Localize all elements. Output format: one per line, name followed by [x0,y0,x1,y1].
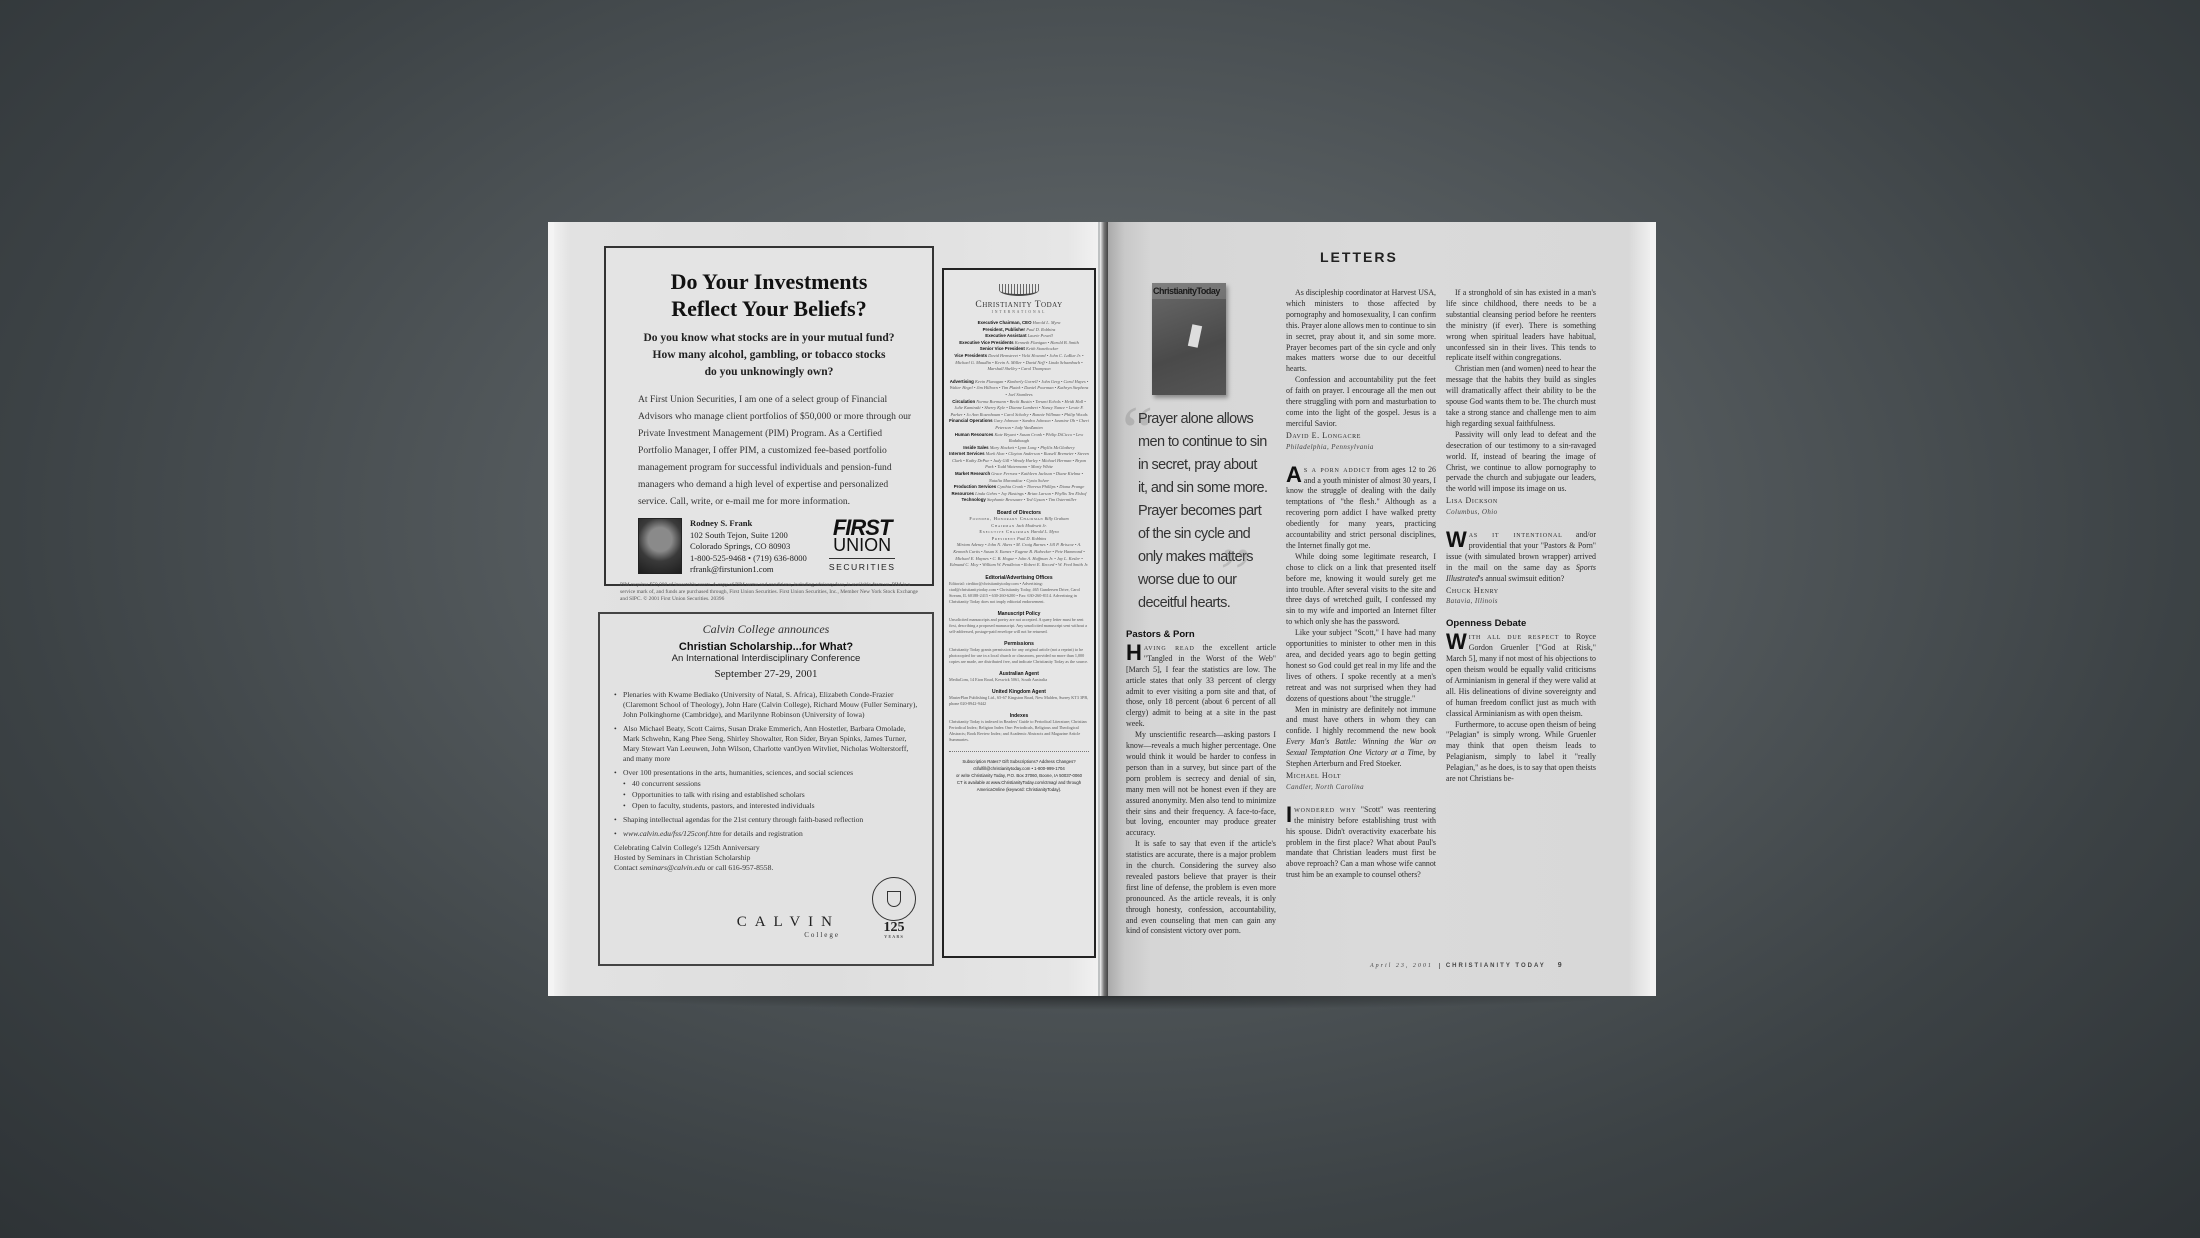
officer-role: Vice Presidents [954,353,987,358]
address-line1: 102 South Tejon, Suite 1200 [690,530,807,542]
book-title: Every Man's Battle: Winning the War on S… [1286,737,1436,757]
board-list: Founder, Honorary Chairman Billy Graham … [949,516,1089,569]
phone: 1-800-525-9468 • (719) 636-8000 [690,553,807,565]
calvin-footer: Celebrating Calvin College's 125th Anniv… [614,843,918,873]
officer-names: Kenneth Flanigan • Harold B. Smith [1015,340,1079,345]
board-names: Billy Graham [1045,516,1069,521]
letter3-para3: Christian men (and women) need to hear t… [1446,364,1596,429]
board-row: Founder, Honorary Chairman Billy Graham [949,516,1089,523]
sub-bullet-sessions: 40 concurrent sessions [623,779,918,789]
para-text: to Royce Gordon Gruenler ["God at Risk,"… [1446,632,1596,717]
first-union-ad: Do Your Investments Reflect Your Beliefs… [604,246,934,586]
officer-row: Executive Assistant Laurie Powell [949,333,1089,340]
manuscript-text: Unsolicited manuscripts and poetry are n… [949,617,1089,635]
dept-role: Inside Sales [963,445,988,450]
dropcap: I [1286,806,1292,824]
para-text: from ages 12 to 26 and a youth minister … [1286,465,1436,550]
dept-role: Human Resources [955,432,994,437]
bullet-shaping: Shaping intellectual agendas for the 21s… [614,815,918,825]
letter1-para2: My unscientific research—asking pastors … [1126,730,1276,839]
advisor-photo [638,518,682,574]
dept-names: Cynthia Cronk • Theresa Phillips • Diana… [997,484,1084,489]
board-role: President [992,536,1016,541]
footer-contact: Contact seminars@calvin.edu or call 616-… [614,863,918,873]
letter5-para1: With all due respect to Royce Gordon Gru… [1446,632,1596,719]
letter3-para2: If a stronghold of sin has existed in a … [1446,288,1596,364]
cover-title: ChristianityToday [1152,283,1226,299]
board-role: Executive Chairman [979,529,1029,534]
subscription-line3: or write Christianity Today, P.O. Box 37… [949,772,1089,779]
column-2: As discipleship coordinator at Harvest U… [1286,288,1436,881]
conference-title: Christian Scholarship...for What? [614,641,918,653]
indexes-text: Christianity Today is indexed in Readers… [949,719,1089,743]
letter1-signature: David E. Longacre [1286,431,1436,442]
letter2-location: Candler, North Carolina [1286,782,1436,793]
first-union-logo: FIRST UNION SECURITIES [829,518,896,576]
dept-row: Market Research Grace Ferrons • Kathleen… [949,471,1089,484]
cover-label-icon [1188,324,1202,348]
officer-row: Executive Chairman, CEO Harold L. Myra [949,320,1089,327]
letter3-location: Columbus, Ohio [1446,507,1596,518]
contact-prefix: Contact [614,863,640,872]
editorial-text: Editorial: cteditor@christianitytoday.co… [949,581,1089,605]
column-1: Pastors & Porn Having read the excellent… [1126,630,1276,937]
address-line2: Colorado Springs, CO 80903 [690,541,807,553]
footer-hosted: Hosted by Seminars in Christian Scholars… [614,853,918,863]
lead-in: aving read [1144,643,1195,652]
officer-role: Executive Assistant [985,333,1026,338]
cover-thumbnail: ChristianityToday [1152,283,1226,395]
seal-years-label: YEARS [870,934,918,939]
page-number: 9 [1558,962,1564,969]
letter5-para2: Furthermore, to accuse open theism of be… [1446,720,1596,785]
dropcap: A [1286,466,1302,484]
letter3-para1: Iwondered why "Scott" was reentering the… [1286,805,1436,881]
permissions-text: Christianity Today grants permission for… [949,647,1089,665]
ad-subhead-line2: How many alcohol, gambling, or tobacco s… [620,347,918,364]
dept-row: Internet Services Mark Alon • Clayton An… [949,451,1089,471]
ad-subheadline: Do you know what stocks are in your mutu… [620,330,918,381]
close-quote-icon: ” [1220,534,1251,614]
officer-row: President, Publisher Paul D. Robbins [949,327,1089,334]
folio-magazine: CHRISTIANITY TODAY [1439,963,1546,969]
ad-subhead-line1: Do you know what stocks are in your mutu… [620,330,918,347]
conference-subtitle: An International Interdisciplinary Confe… [614,653,918,664]
officer-names: Harold L. Myra [1033,320,1061,325]
logo-securities: SECURITIES [829,558,896,572]
dept-role: Production Services [954,484,996,489]
para-text: the excellent article "Tangled in the Wo… [1126,643,1276,728]
footer-anniversary: Celebrating Calvin College's 125th Anniv… [614,843,918,853]
advisor-name: Rodney S. Frank [690,518,807,530]
ct-logo: Christianity Today [949,300,1089,310]
anniversary-seal: 125 YEARS [870,877,918,939]
calvin-word: CALVIN [737,914,840,931]
conference-url-link[interactable]: www.calvin.edu/fss/125conf.htm [623,829,721,838]
subscription-line1: Subscription Rates? Gift Subscriptions? … [949,758,1089,765]
board-names: Jack Modesett Jr. [1016,523,1047,528]
lead-in: s a porn addict [1304,465,1371,474]
seal-icon [872,877,916,921]
sunrise-logo-icon [999,284,1039,296]
ad-headline-line2: Reflect Your Beliefs? [620,295,918,322]
para-text: 's annual swimsuit edition? [1479,574,1564,583]
letter1-location: Philadelphia, Pennsylvania [1286,442,1436,453]
lead-in: ith all due respect [1469,632,1560,641]
board-role: Chairman [991,523,1015,528]
board-names: Miriam Adeney • John N. Akers • M. Craig… [950,542,1089,567]
url-suffix: for details and registration [721,829,803,838]
ad-contact-block: Rodney S. Frank 102 South Tejon, Suite 1… [638,518,918,576]
column-3: If a stronghold of sin has existed in a … [1446,288,1596,785]
dept-role: Resources [952,491,974,496]
dropcap: W [1446,531,1467,549]
right-page: LETTERS ChristianityToday “ Prayer alone… [1108,222,1656,996]
conference-date: September 27-29, 2001 [614,668,918,680]
board-role: Founder, Honorary Chairman [969,516,1043,521]
letter1-para4: As discipleship coordinator at Harvest U… [1286,288,1436,375]
dept-row: Production Services Cynthia Cronk • Ther… [949,484,1089,491]
dept-names: Stephanie Bewsaare • Ted Gysan • Tim Ost… [987,497,1076,502]
para-text: Men in ministry are definitely not immun… [1286,705,1436,736]
letter2-para4: Men in ministry are definitely not immun… [1286,705,1436,770]
bullet-plenaries: Plenaries with Kwame Bediako (University… [614,690,918,720]
calvin-wordmark: CALVIN College [737,914,840,939]
officer-names: Paul D. Robbins [1026,327,1055,332]
subscription-website-link[interactable]: CT is available at www.ChristianityToday… [949,779,1089,786]
officer-names: Keith Stonehocker [1026,346,1058,351]
ad-headline-line1: Do Your Investments [620,268,918,295]
dept-row: Financial Operations Gary Johnson • Sand… [949,418,1089,431]
letter1-para1: Having read the excellent article "Tangl… [1126,643,1276,730]
board-row: President Paul D. Robbins [949,536,1089,543]
officer-row: Senior Vice President Keith Stonehocker [949,346,1089,353]
board-row: Executive Chairman Harold L. Myra [949,529,1089,536]
uk-text: MasterPlan Publishing Ltd., 65-67 Kingst… [949,695,1089,707]
ad-body-text: At First Union Securities, I am one of a… [638,391,912,510]
dept-names: Gary Johnson • Sandra Johnson • Jasmine … [994,418,1089,430]
ad-subhead-line3: do you unknowingly own? [620,364,918,381]
seal-number: 125 [870,921,918,934]
sub-bullet-scholars: Opportunities to talk with rising and es… [623,790,918,800]
conference-bullets: Plenaries with Kwame Bediako (University… [614,690,918,839]
subscription-line5: AmericaOnline (keyword: ChristianityToda… [949,786,1089,793]
contact-email-link[interactable]: seminars@calvin.edu [640,863,706,872]
letter1-para3: It is safe to say that even if the artic… [1126,839,1276,937]
college-word: College [737,931,840,939]
ad-headline: Do Your Investments Reflect Your Beliefs… [620,268,918,322]
dept-role: Financial Operations [949,418,992,423]
officer-role: Executive Chairman, CEO [978,320,1032,325]
page-folio: April 23, 2001CHRISTIANITY TODAY9 [1370,962,1564,969]
dropcap: W [1446,633,1467,651]
officer-names: Laurie Powell [1028,333,1053,338]
subscription-box: Subscription Rates? Gift Subscriptions? … [949,751,1089,793]
board-row: Chairman Jack Modesett Jr. [949,523,1089,530]
officer-row: Vice Presidents David Hemstreet • Vicki … [949,353,1089,373]
officer-role: Executive Vice Presidents [959,340,1013,345]
dept-row: Circulation Norma Bormann • Becki Bustin… [949,399,1089,419]
board-row: Miriam Adeney • John N. Akers • M. Craig… [949,542,1089,568]
officers-list: Executive Chairman, CEO Harold L. Myra P… [949,320,1089,504]
letter3-para4: Passivity will only lead to defeat and t… [1446,430,1596,495]
officer-row: Executive Vice Presidents Kenneth Flanig… [949,340,1089,347]
pastors-heading: Pastors & Porn [1126,630,1276,641]
letter2-para2: While doing some legitimate research, I … [1286,552,1436,628]
dept-row: Inside Sales Mary Hackett • Lynn Long • … [949,445,1089,452]
subscription-email-link[interactable]: ctifulfill@christianitytoday.com • 1-800… [949,765,1089,772]
dept-names: Kate Bryant • Susan Cronk • Philip DiCic… [994,432,1083,444]
board-names: Paul D. Robbins [1017,536,1046,541]
bullet-url: www.calvin.edu/fss/125conf.htm for detai… [614,829,918,839]
dept-role: Circulation [952,399,975,404]
spine [1100,222,1108,996]
sub-bullet-open: Open to faculty, students, pastors, and … [623,801,918,811]
letter2-signature: Michael Holt [1286,771,1436,782]
calvin-announces: Calvin College announces [614,622,918,637]
officer-role: President, Publisher [983,327,1025,332]
dept-names: Grace Ferrons • Kathleen Jackson • Diane… [989,471,1083,483]
letter3-signature: Lisa Dickson [1446,496,1596,507]
letter4-signature: Chuck Henry [1446,586,1596,597]
letter4-location: Batavia, Illinois [1446,596,1596,607]
australian-text: MediaCom, 14 Eton Road, Keswick 5061, So… [949,677,1089,683]
dept-names: Linda Gehrs • Joy Hastings • Brian Larso… [975,491,1086,496]
dept-row: Advertising Kevin Flanagan • Kimberly Go… [949,379,1089,399]
email-link[interactable]: rfrank@firstunion1.com [690,564,807,576]
dept-role: Advertising [950,379,974,384]
dept-role: Technology [962,497,986,502]
bullet-speakers: Also Michael Beaty, Scott Cairns, Susan … [614,724,918,764]
bullet-presentations: Over 100 presentations in the arts, huma… [614,768,918,778]
ct-international: INTERNATIONAL [949,310,1089,314]
lead-in: wondered why [1294,805,1356,814]
magazine-spread: Do Your Investments Reflect Your Beliefs… [548,222,1656,996]
dept-role: Internet Services [949,451,984,456]
calvin-logo-row: CALVIN College 125 YEARS [614,877,918,939]
para-text: "Scott" was reentering the ministry befo… [1286,805,1436,879]
contact-suffix: or call 616-957-8558. [705,863,773,872]
dept-names: Mary Hackett • Lynn Long • Phyllis McGla… [990,445,1075,450]
shield-icon [887,891,901,907]
openness-heading: Openness Debate [1446,619,1596,630]
officer-role: Senior Vice President [980,346,1025,351]
letter2-para1: As a porn addict from ages 12 to 26 and … [1286,465,1436,552]
letter1-para5: Confession and accountability put the fe… [1286,375,1436,430]
section-title: LETTERS [1320,249,1398,265]
dept-row: Resources Linda Gehrs • Joy Hastings • B… [949,491,1089,498]
left-page: Do Your Investments Reflect Your Beliefs… [548,222,1100,996]
dept-row: Technology Stephanie Bewsaare • Ted Gysa… [949,497,1089,504]
calvin-college-ad: Calvin College announces Christian Schol… [598,612,934,966]
logo-union: UNION [829,538,896,552]
board-names: Harold L. Myra [1031,529,1059,534]
letter2-para3: Like your subject "Scott," I have had ma… [1286,628,1436,704]
ad-fine-print: PIM requires $50,000 of investable asset… [620,582,918,603]
contact-lines: Rodney S. Frank 102 South Tejon, Suite 1… [690,518,807,576]
dept-role: Market Research [955,471,990,476]
lead-in: as it intentional [1469,530,1563,539]
masthead: Christianity Today INTERNATIONAL Executi… [942,268,1096,958]
dropcap: H [1126,644,1142,662]
dept-row: Human Resources Kate Bryant • Susan Cron… [949,432,1089,445]
letter4-para1: Was it intentional and/or providential t… [1446,530,1596,585]
issue-date: April 23, 2001 [1370,963,1433,969]
